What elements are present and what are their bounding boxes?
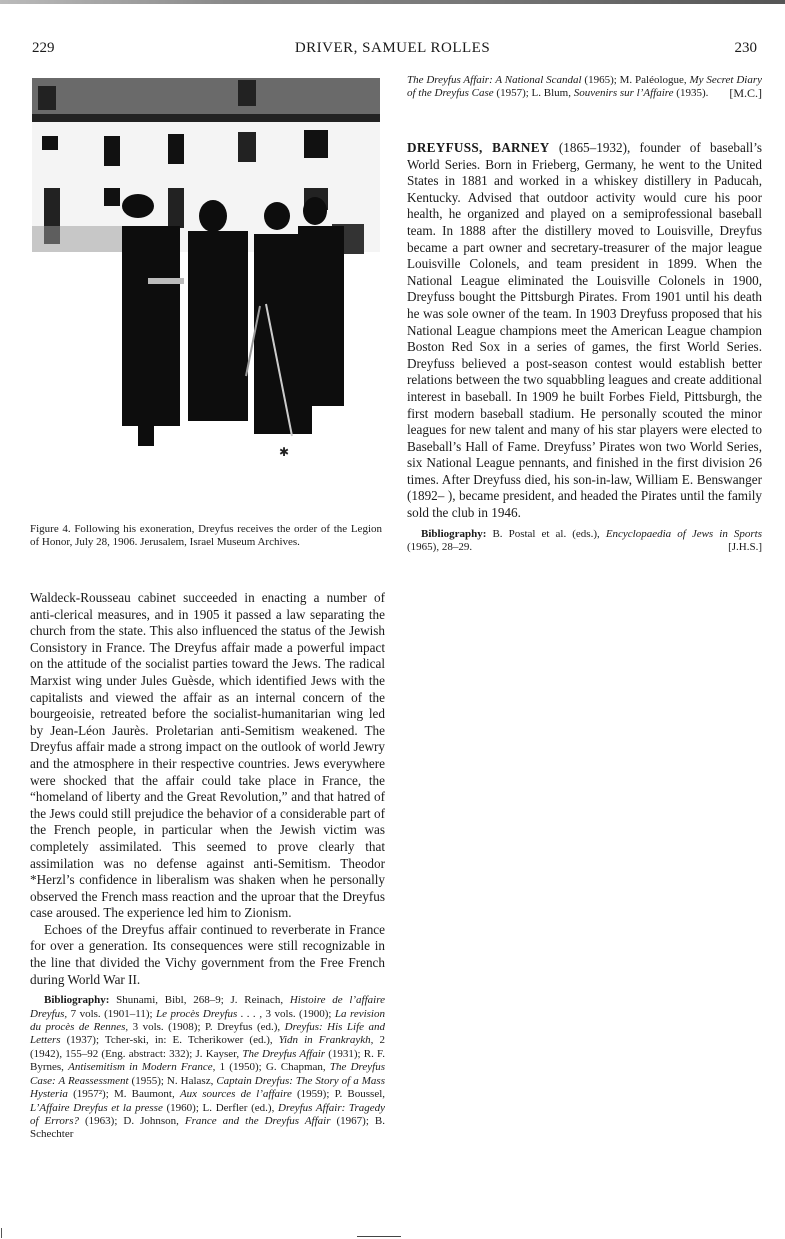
bib-text: 3 vols. (1900);: [262, 1008, 335, 1020]
entry-body: DREYFUSS, BARNEY (1865–1932), founder of…: [407, 140, 762, 522]
bibliography-label: Bibliography:: [44, 994, 109, 1006]
body-paragraph: Waldeck-Rousseau cabinet succeeded in en…: [30, 590, 385, 922]
bib-text: (1963); D. Johnson,: [79, 1115, 185, 1127]
figure-photo: ✱: [32, 76, 380, 496]
page-number-right: 230: [735, 40, 758, 57]
running-title: DRIVER, SAMUEL ROLLES: [0, 40, 785, 57]
bibliography-left: Bibliography: Shunami, Bibl, 268–9; J. R…: [30, 994, 385, 1141]
bib-title: Le procès Dreyfus . . . ,: [156, 1008, 262, 1020]
entry-dreyfuss-barney: DREYFUSS, BARNEY (1865–1932), founder of…: [407, 140, 762, 554]
right-column-continued-bibliography: The Dreyfus Affair: A National Scandal (…: [407, 74, 762, 101]
figure-caption: Figure 4. Following his exoneration, Dre…: [30, 523, 382, 550]
left-column: Waldeck-Rousseau cabinet succeeded in en…: [30, 590, 385, 1142]
bib-text: 7 vols. (1901–11);: [67, 1008, 156, 1020]
bib-title: Encyclopaedia of Jews in Sports: [606, 528, 762, 540]
bib-text: 3 vols. (1908); P. Dreyfus (ed.),: [128, 1021, 284, 1033]
bib-text: 1 (1950); G. Chapman,: [215, 1061, 329, 1073]
page-header: 229 DRIVER, SAMUEL ROLLES 230: [0, 40, 785, 64]
author-signature: [M.C.]: [729, 87, 762, 100]
bib-text: Shunami, Bibl, 268–9; J. Reinach,: [109, 994, 289, 1006]
bib-text: (1937); Tcher-ski, in: E. Tcherikower (e…: [61, 1034, 279, 1046]
bib-text: (1959); P. Boussel,: [292, 1088, 385, 1100]
entry-text: (1865–1932), founder of baseball’s World…: [407, 140, 762, 520]
bib-title: France and the Dreyfus Affair: [185, 1115, 331, 1127]
bib-text: (1960); L. Derfler (ed.),: [163, 1102, 278, 1114]
bib-text: (1935).: [674, 87, 709, 99]
bib-text: (1965); M. Paléologue,: [582, 74, 690, 86]
bib-text: B. Postal et al. (eds.),: [486, 528, 605, 540]
bib-text: (1955); N. Halasz,: [129, 1075, 217, 1087]
scan-margin-mark: [1, 1228, 2, 1238]
scan-top-edge: [0, 0, 785, 4]
entry-headword: DREYFUSS, BARNEY: [407, 140, 550, 155]
author-signature: [J.H.S.]: [714, 541, 762, 554]
bibliography-right: Bibliography: B. Postal et al. (eds.), E…: [407, 528, 762, 555]
bib-title: Antisemitism in Modern France,: [68, 1061, 215, 1073]
footer-rule: [357, 1236, 401, 1237]
bib-title: The Dreyfus Affair: A National Scandal: [407, 74, 582, 86]
bibliography-label: Bibliography:: [421, 528, 486, 540]
bib-title: Yidn in Frankraykh,: [279, 1034, 374, 1046]
svg-text:✱: ✱: [279, 445, 289, 459]
bib-text: (1957); L. Blum,: [494, 87, 574, 99]
body-paragraph: Echoes of the Dreyfus affair continued t…: [30, 922, 385, 988]
photograph-officers-icon: ✱: [32, 76, 380, 496]
bib-title: The Dreyfus Affair: [242, 1048, 325, 1060]
bib-title: L’Affaire Dreyfus et la presse: [30, 1102, 163, 1114]
bib-text: (1965), 28–29.: [407, 541, 472, 553]
bib-title: Aux sources de l’affaire: [180, 1088, 292, 1100]
bib-text: (1957²); M. Baumont,: [68, 1088, 180, 1100]
bib-title: Souvenirs sur l’Affaire: [574, 87, 674, 99]
